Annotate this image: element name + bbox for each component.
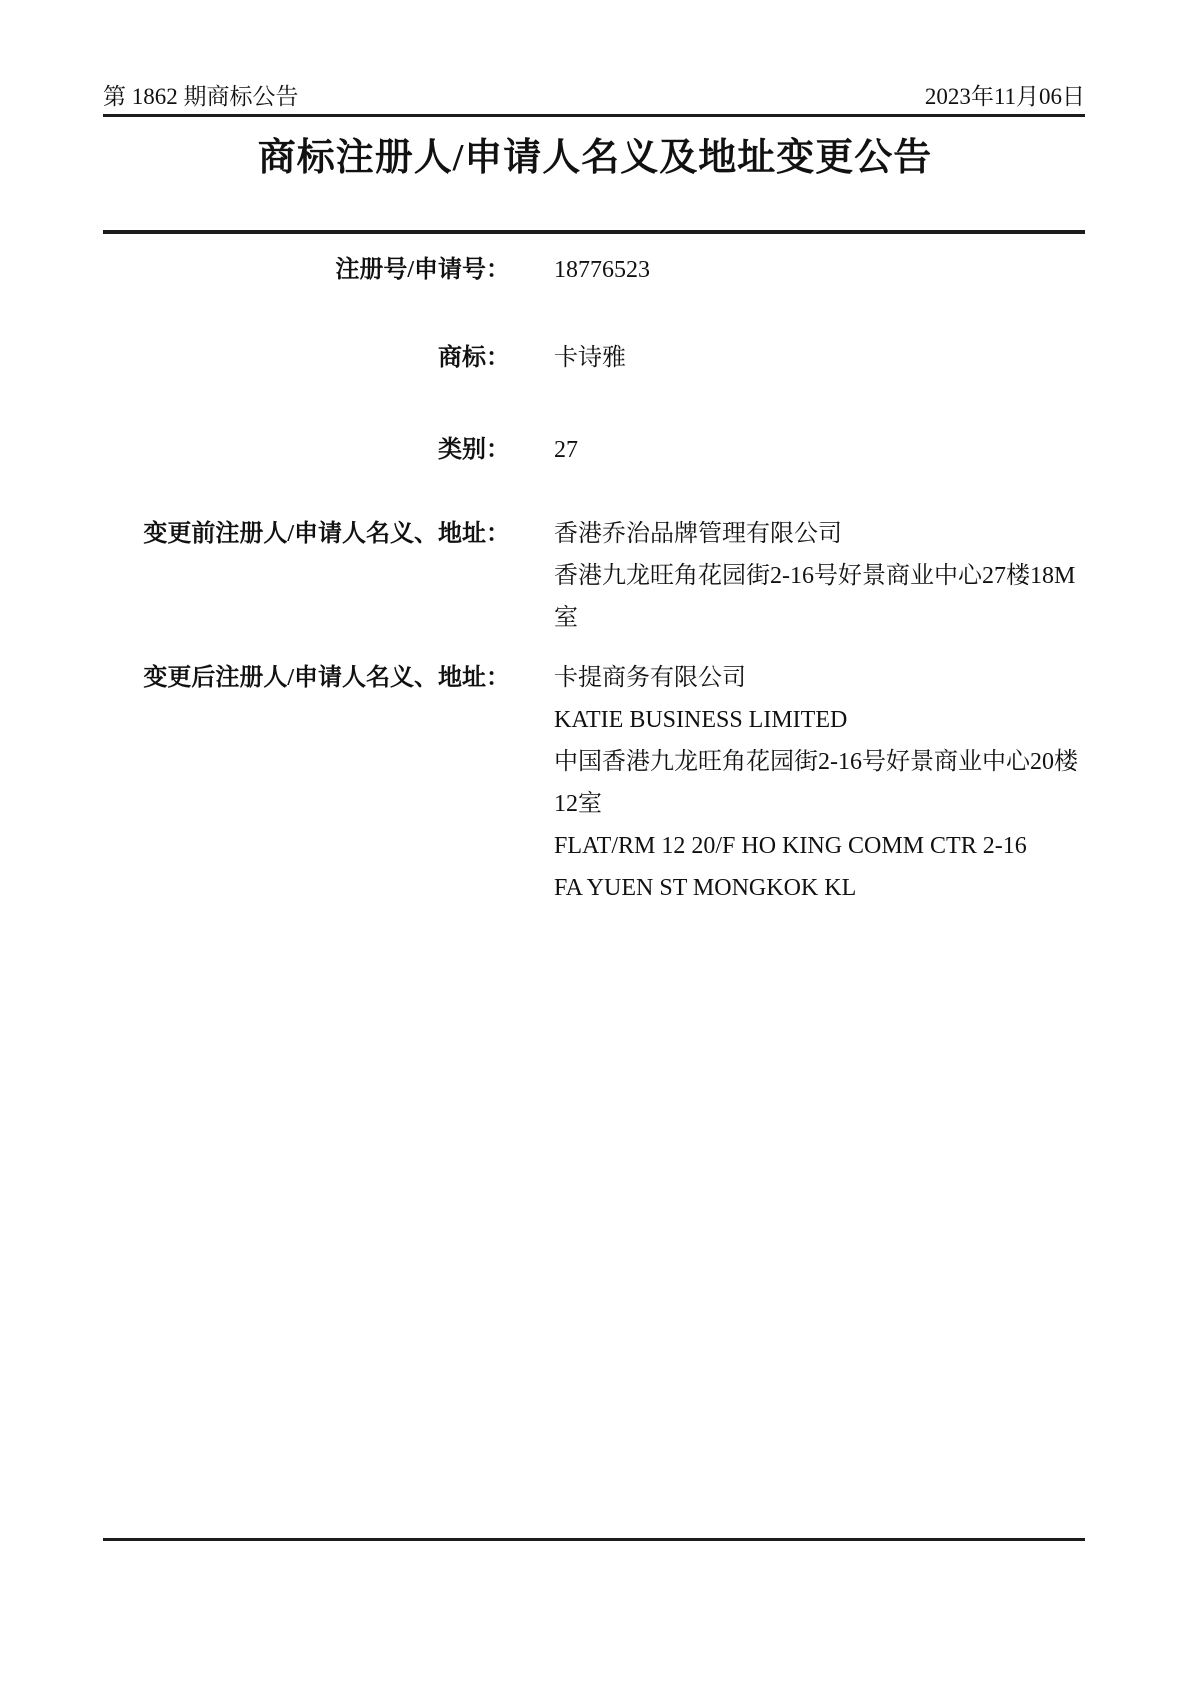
value-line: KATIE BUSINESS LIMITED [554,699,1078,741]
value-line: 18776523 [554,255,650,285]
value-line: 室 [554,597,1075,639]
field-label: 类别： [103,435,510,465]
value-line: FLAT/RM 12 20/F HO KING COMM CTR 2-16 [554,825,1078,867]
footer-divider [103,1538,1085,1541]
field-label: 变更后注册人/申请人名义、地址： [103,657,510,699]
value-line: 中国香港九龙旺角花园街2-16号好景商业中心20楼 [554,741,1078,783]
value-line: 香港乔治品牌管理有限公司 [554,513,1075,555]
field-row-trademark: 商标： 卡诗雅 [103,343,1085,373]
field-value: 卡诗雅 [554,343,626,373]
value-line: 卡诗雅 [554,343,626,373]
field-value: 27 [554,435,578,465]
value-line: 27 [554,435,578,465]
value-line: 香港九龙旺角花园街2-16号好景商业中心27楼18M [554,555,1075,597]
field-value: 18776523 [554,255,650,285]
field-label: 注册号/申请号： [103,255,510,285]
page-header: 第 1862 期商标公告 2023年11月06日 [103,82,1085,112]
page-title: 商标注册人/申请人名义及地址变更公告 [0,130,1190,186]
field-value: 香港乔治品牌管理有限公司 香港九龙旺角花园街2-16号好景商业中心27楼18M … [554,513,1075,639]
header-divider [103,114,1085,117]
gazette-issue-label: 第 1862 期商标公告 [103,82,299,112]
field-label: 变更前注册人/申请人名义、地址： [103,513,510,555]
field-row-owner-after: 变更后注册人/申请人名义、地址： 卡提商务有限公司 KATIE BUSINESS… [103,657,1085,909]
field-row-class: 类别： 27 [103,435,1085,465]
field-label: 商标： [103,343,510,373]
fields-section: 注册号/申请号： 18776523 商标： 卡诗雅 类别： 27 变更前注册人/… [103,233,1085,909]
value-line: 12室 [554,783,1078,825]
value-line: FA YUEN ST MONGKOK KL [554,867,1078,909]
field-value: 卡提商务有限公司 KATIE BUSINESS LIMITED 中国香港九龙旺角… [554,657,1078,909]
field-row-registration-number: 注册号/申请号： 18776523 [103,255,1085,285]
value-line: 卡提商务有限公司 [554,657,1078,699]
field-row-owner-before: 变更前注册人/申请人名义、地址： 香港乔治品牌管理有限公司 香港九龙旺角花园街2… [103,513,1085,639]
gazette-page: 第 1862 期商标公告 2023年11月06日 商标注册人/申请人名义及地址变… [0,0,1190,1684]
gazette-date: 2023年11月06日 [925,82,1085,112]
